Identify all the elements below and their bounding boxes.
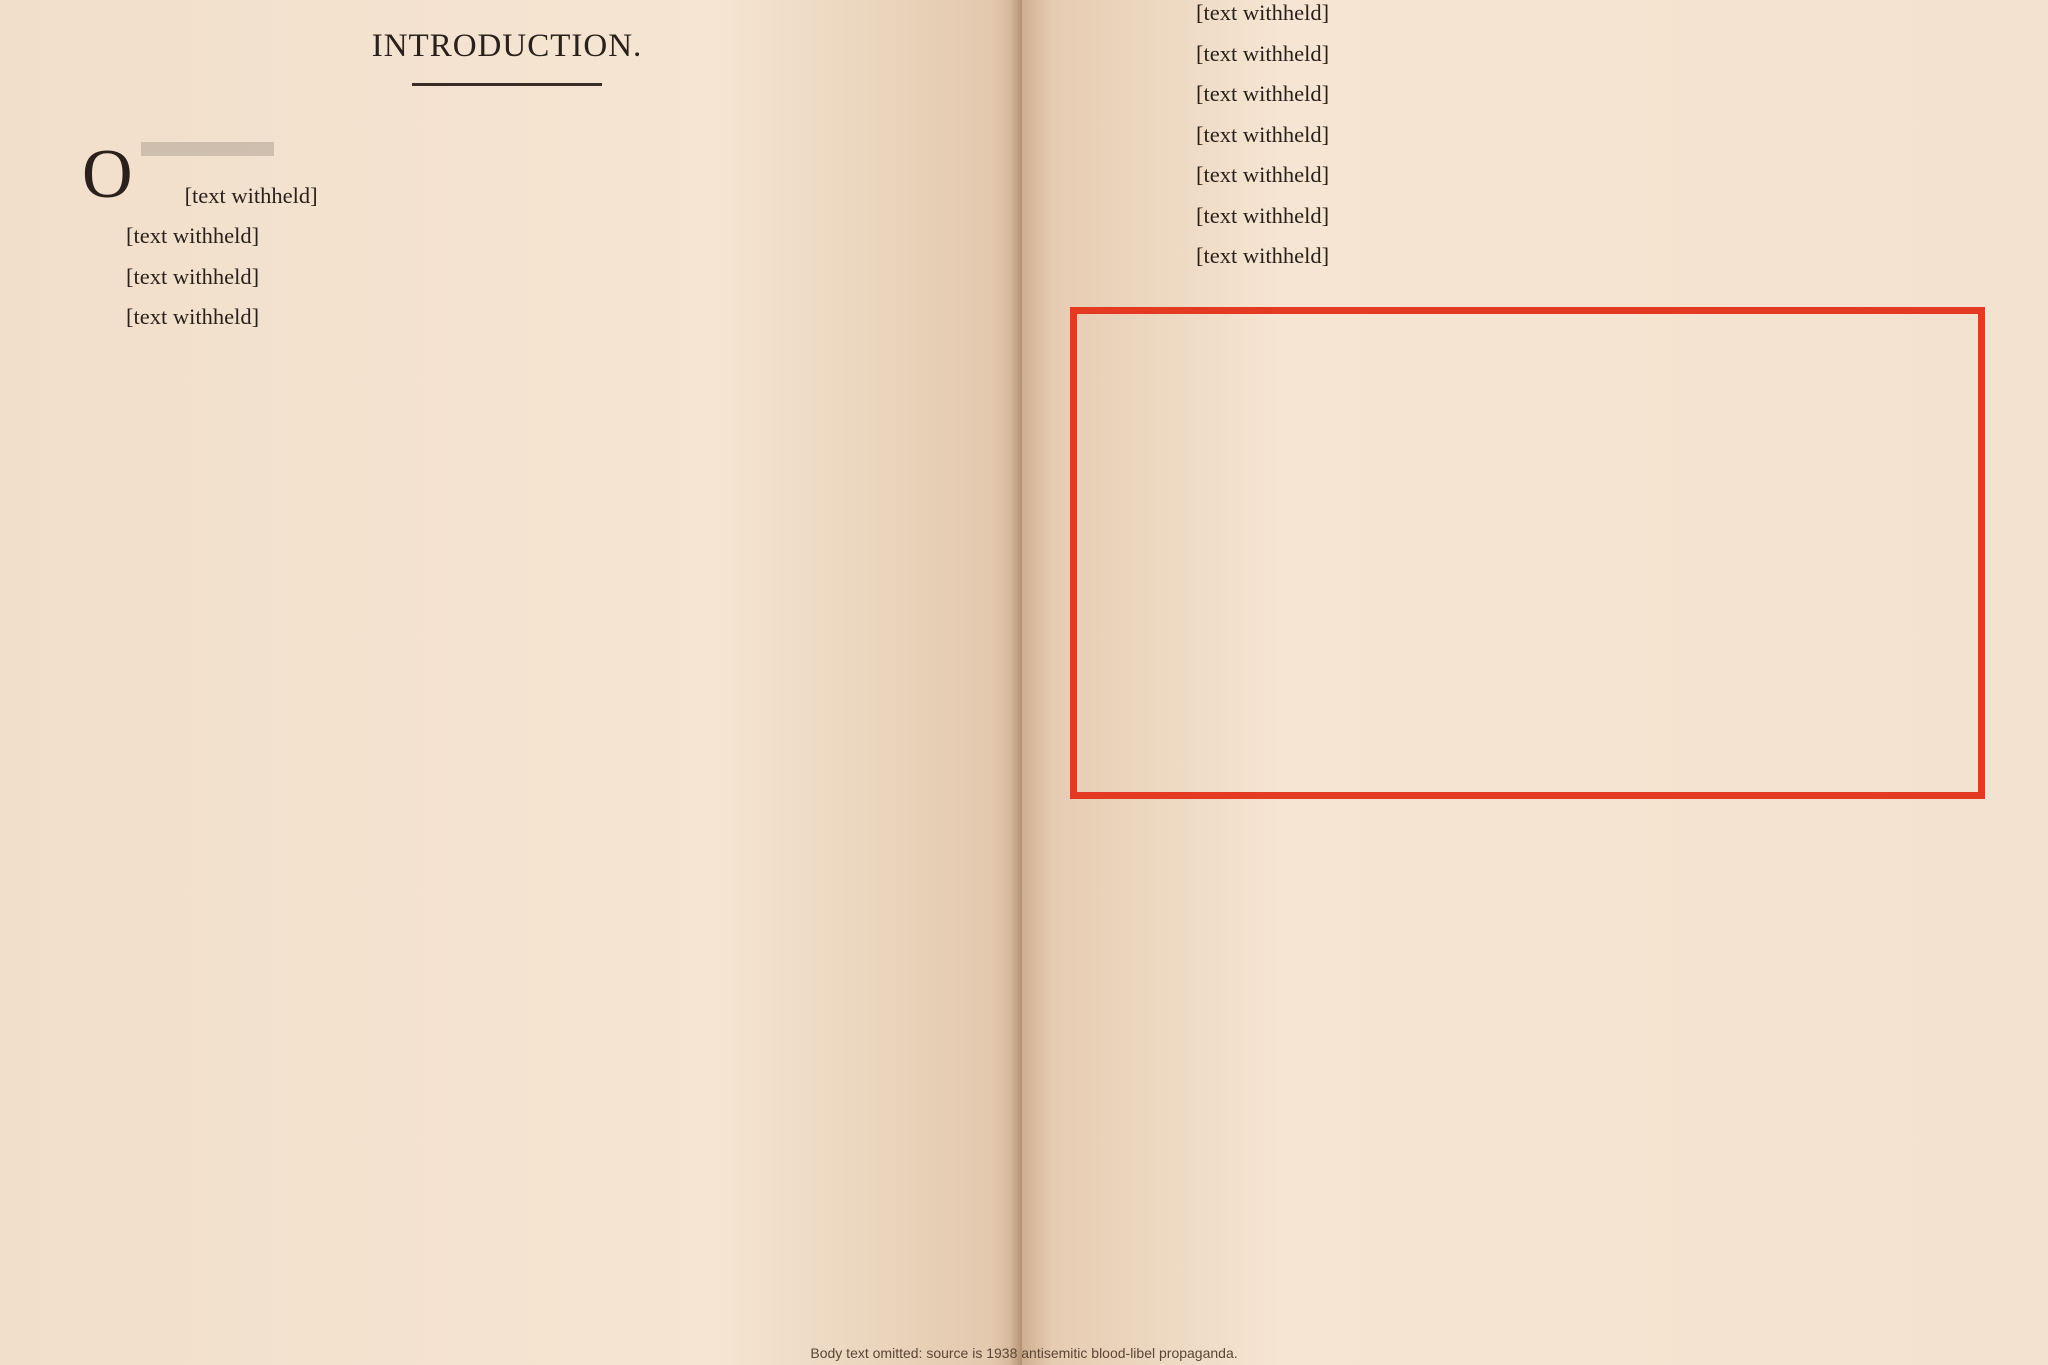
paragraph: [text withheld] <box>82 264 932 291</box>
paragraph: [text withheld] <box>82 223 932 250</box>
paragraph: [text withheld] <box>1152 41 1968 68</box>
paragraph: O[text withheld] <box>82 142 932 169</box>
paragraph: [text withheld] <box>82 304 932 331</box>
content-notice: Body text omitted: source is 1938 antise… <box>0 1341 2048 1365</box>
paragraph: [text withheld] <box>1152 0 1968 27</box>
paragraph: [text withheld] <box>1152 203 1968 230</box>
paragraph: [text withheld] <box>1152 81 1968 108</box>
book-spread: INTRODUCTION. O[text withheld] [text wit… <box>0 0 2048 1365</box>
drop-cap: O <box>82 146 133 204</box>
paragraph: [text withheld] <box>1152 122 1968 149</box>
left-page: INTRODUCTION. O[text withheld] [text wit… <box>0 0 1022 1365</box>
paragraph: [text withheld] <box>1152 243 1968 270</box>
red-highlight-box <box>1070 307 1985 799</box>
title-rule <box>412 83 602 86</box>
page-title: INTRODUCTION. <box>82 28 932 65</box>
paragraph: [text withheld] <box>82 183 932 210</box>
paragraph: [text withheld] <box>1152 162 1968 189</box>
